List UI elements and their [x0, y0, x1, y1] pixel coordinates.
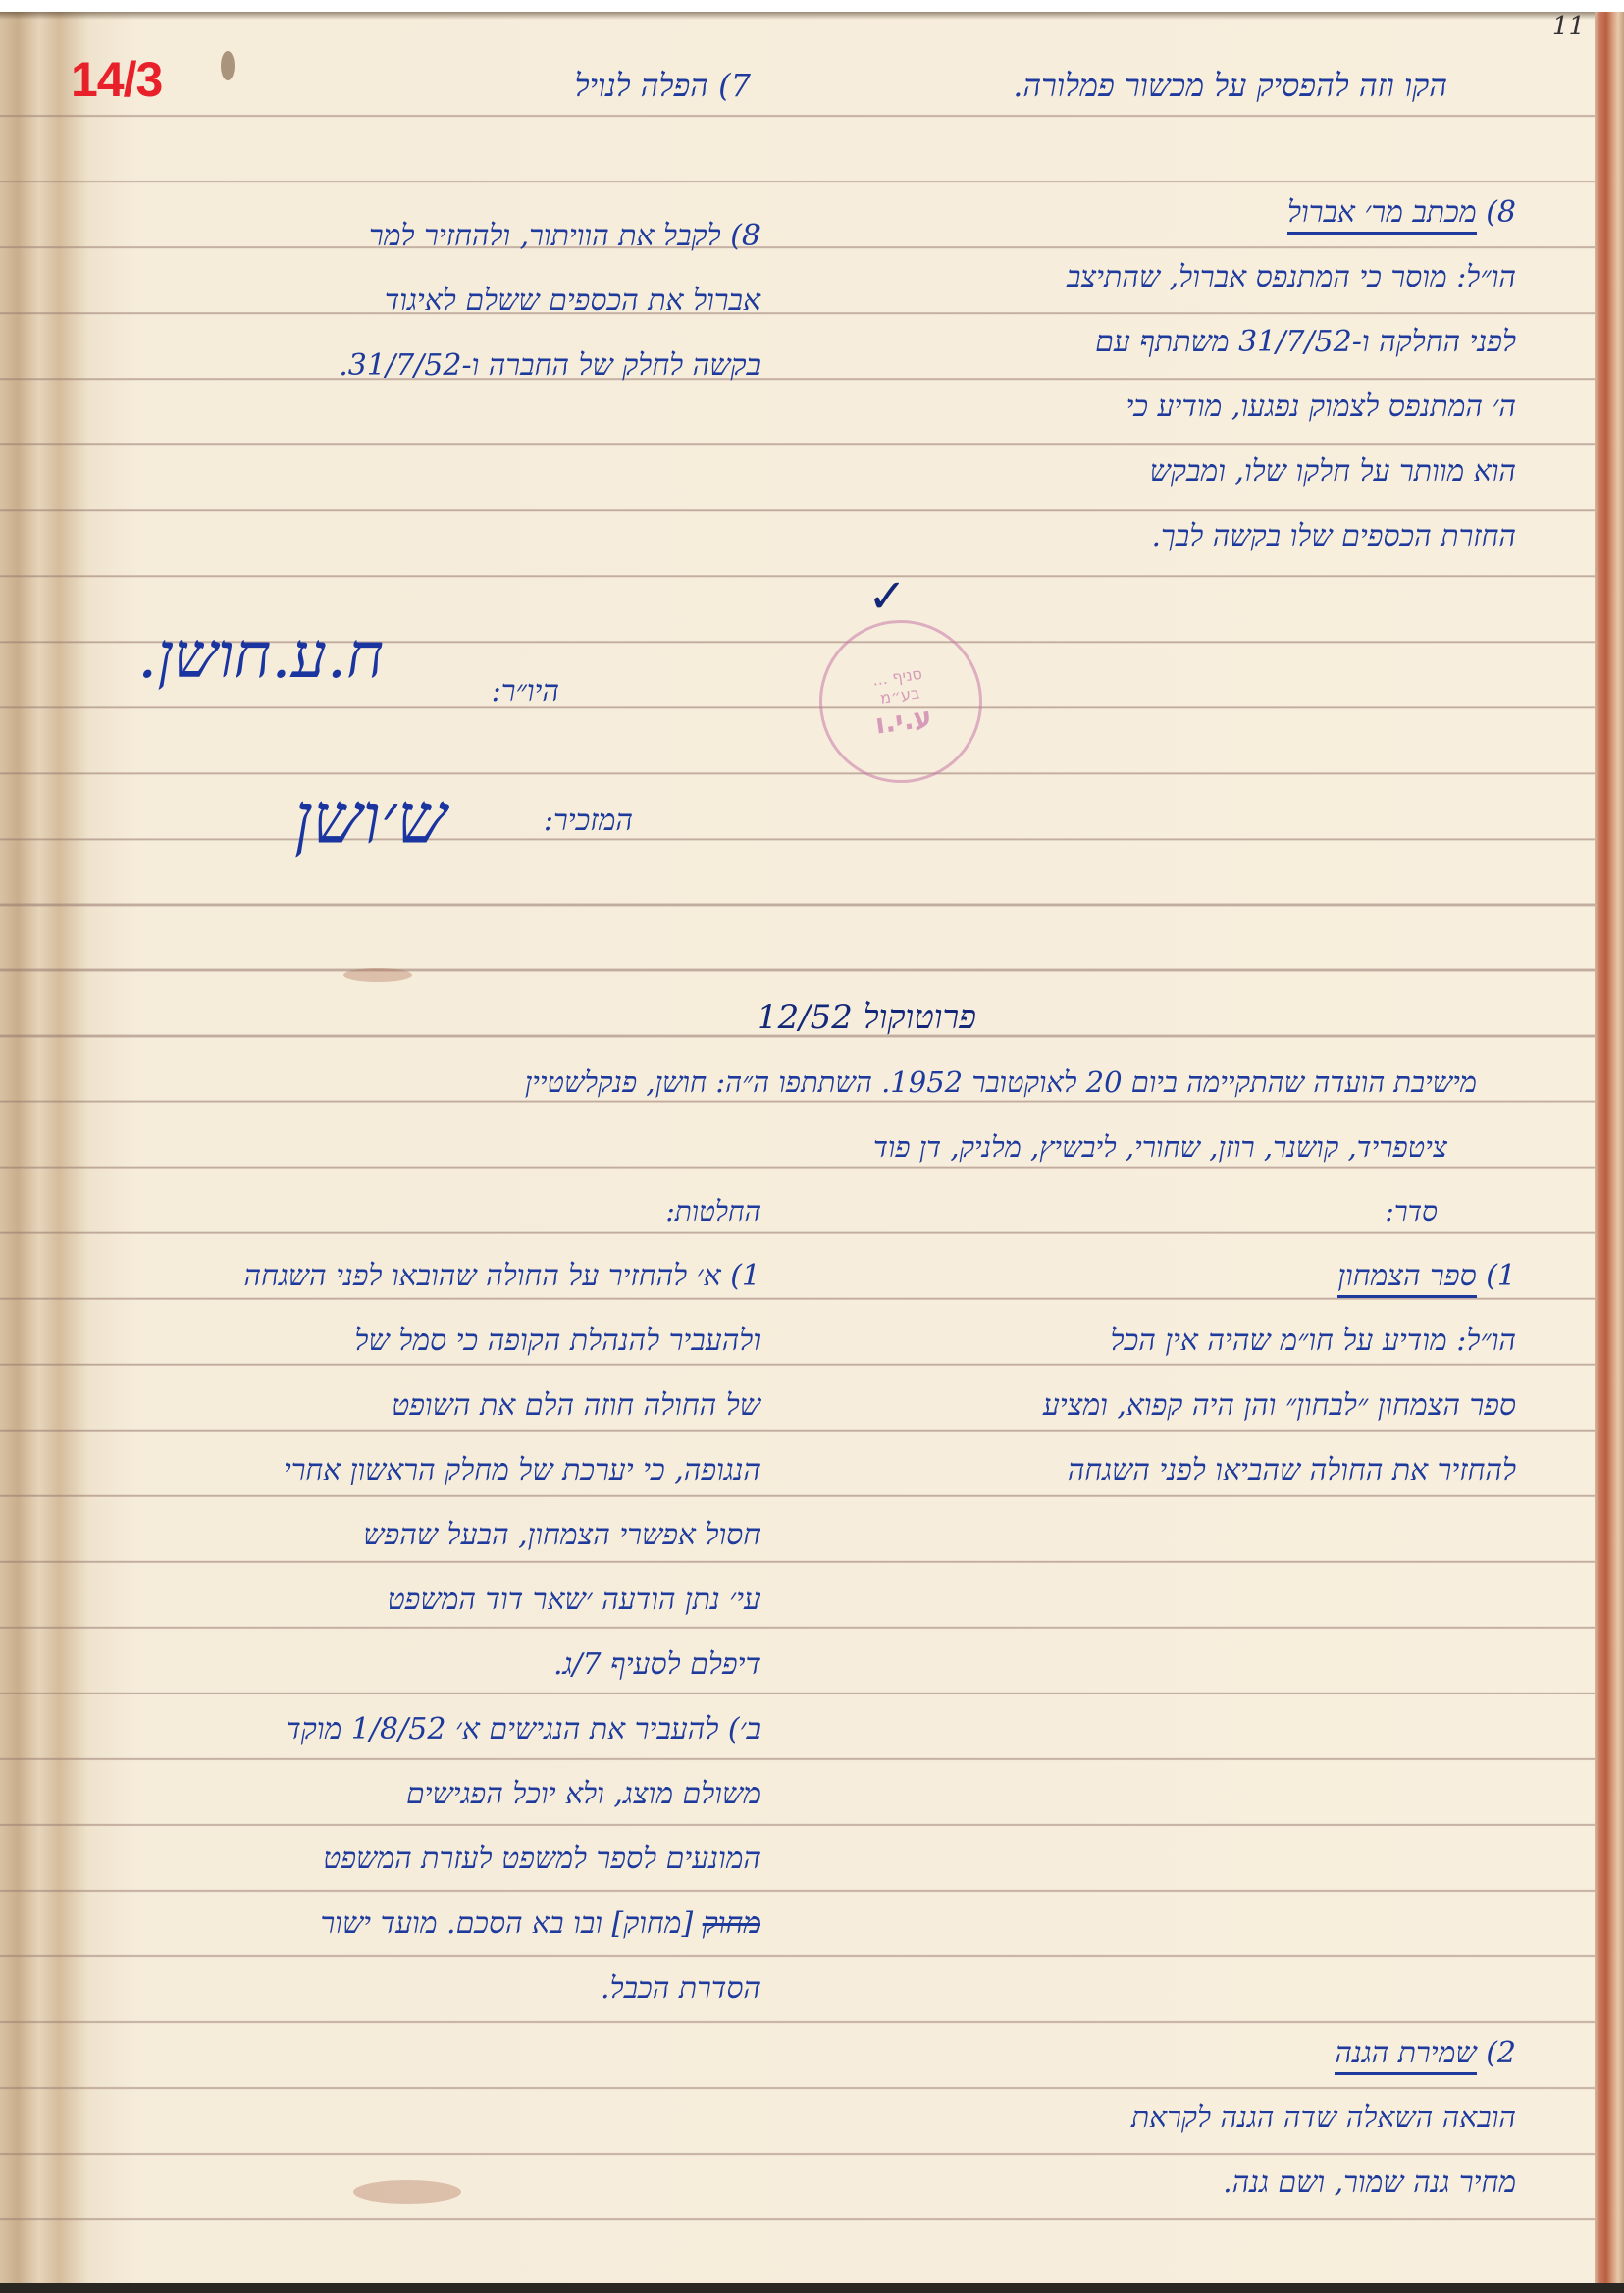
item-8-line: הו״ל: מוסר כי המתנפס אברול, שהתיצב [751, 245, 1516, 310]
agenda-item-line: להחזיר את החולה שהביאו לפני השגחה [790, 1438, 1516, 1503]
protocol-intro-line: מישיבת הועדה שהתקיימה ביום 20 לאוקטובר 1… [525, 1050, 1477, 1115]
page-bottom-edge [0, 2283, 1624, 2293]
item-number: 7) [718, 67, 751, 104]
left-item-8-line: בקשה לחלק של החברה ו-31/7/52. [54, 334, 760, 398]
page-number: 11 [1552, 12, 1585, 41]
decision-line: מחוק [מחוק] ובו בא הסכם. מועד ישור [15, 1892, 760, 1956]
right-item-8: 8) מכתב מר׳ אברול הו״ל: מוסר כי המתנפס א… [751, 181, 1516, 569]
left-item-8: 8) לקבל את הוויתור, ולהחזיר למר אברול את… [54, 204, 760, 398]
agenda-item-line: מחיר גנה שמור, ושם גנה. [770, 2151, 1516, 2215]
item-8-line: ה׳ המתנפס לצמוק נפגעו, מודיע כי [751, 375, 1516, 440]
decisions-label: החלטות: [665, 1179, 760, 1244]
decision-line: הסדרת הכבל. [15, 1956, 760, 2021]
agenda-item-heading: 2) שמירת הגנה [770, 2021, 1516, 2086]
secretary-label: המזכיר: [544, 789, 633, 854]
agenda-item-heading: 1) ספר הצמחון [790, 1244, 1516, 1309]
left-item-8-line: אברול את הכספים ששלם לאיגוד [54, 269, 760, 334]
agenda-label: סדר: [1385, 1179, 1438, 1244]
decision-line: דיפלם לסעיף 7/ג. [15, 1633, 760, 1697]
paper-stain [353, 2180, 461, 2204]
left-item-7: 7) הפלה לנויל [575, 53, 751, 118]
item-text: הפלה לנויל [575, 67, 708, 104]
decision-line: עי׳ נתן הודעה ׳שאר דוד המשפט [15, 1568, 760, 1633]
item-8-title: מכתב מר׳ אברול [1287, 195, 1477, 235]
decision-line: הנגופה, כי יערכת של מחלק הראשון אחרי [15, 1438, 760, 1503]
agenda-item-line: ספר הצמחון ״לבחון״ והן היה קפוא, ומציע [790, 1374, 1516, 1438]
decisions-block: 1) א׳ להחזיר על החולה שהובאו לפני השגחה … [15, 1244, 760, 2021]
notebook-page: 14/3 11 הקו וזה להפסיק על מכשור פמלורה. … [0, 12, 1624, 2293]
item-8-heading: 8) מכתב מר׳ אברול [751, 181, 1516, 245]
page-top-shadow [0, 12, 1624, 20]
agenda-item-1: 1) ספר הצמחון הו״ל: מודיע על חו״מ שהיה א… [790, 1244, 1516, 1503]
left-item-8-line: 8) לקבל את הוויתור, ולהחזיר למר [54, 204, 760, 269]
paper-stain [343, 968, 412, 982]
chair-label: היו״ר: [492, 659, 559, 724]
item-8-line: הוא מוותר על חלקו שלו, ומבקש [751, 440, 1516, 504]
decision-line: ולהעביר להנהלת הקופה כי סמל של [15, 1309, 760, 1374]
agenda-item-line: הובאה השאלה שדה הגנה לקראת [770, 2086, 1516, 2151]
decision-line: ב׳) להעביר את הנגישים א׳ 1/8/52 מוקד [15, 1697, 760, 1762]
right-top-continuation: הקו וזה להפסיק על מכשור פמלורה. [1013, 53, 1447, 118]
secretary-signature: ש׳ושן [294, 777, 446, 860]
decision-line: משולם מוצג, ולא יוכל הפגישים [15, 1762, 760, 1827]
item-8-line: לפני החלקה ו-31/7/52 משתתף עם [751, 310, 1516, 375]
agenda-item-2: 2) שמירת הגנה הובאה השאלה שדה הגנה לקראת… [770, 2021, 1516, 2215]
chair-signature: ח.ע.חושן. [137, 620, 384, 693]
decision-line: חסול אפשרי הצמחון, הבעל שהפש [15, 1503, 760, 1568]
notebook-spine-edge [1595, 12, 1624, 2293]
struck-word: מחוק [703, 1906, 760, 1941]
decision-line: המונעים לספר למשפט לעזרת המשפט [15, 1827, 760, 1892]
item-8-line: החזרת הכספים שלו בקשה לבך. [751, 504, 1516, 569]
agenda-item-line: הו״ל: מודיע על חו״מ שהיה אין הכל [790, 1309, 1516, 1374]
ink-stain [221, 51, 235, 80]
protocol-intro-line: ציטפריד, קושנר, רוזן, שחורי, ליבשיץ, מלנ… [873, 1115, 1447, 1179]
checkmark-icon: ✓ [867, 569, 907, 624]
protocol-title: פרוטוקול 12/52 [757, 985, 976, 1050]
page-label: 14/3 [71, 51, 162, 108]
decision-line: 1) א׳ להחזיר על החולה שהובאו לפני השגחה [15, 1244, 760, 1309]
decision-line: של החולה חוזה הלם את השופט [15, 1374, 760, 1438]
